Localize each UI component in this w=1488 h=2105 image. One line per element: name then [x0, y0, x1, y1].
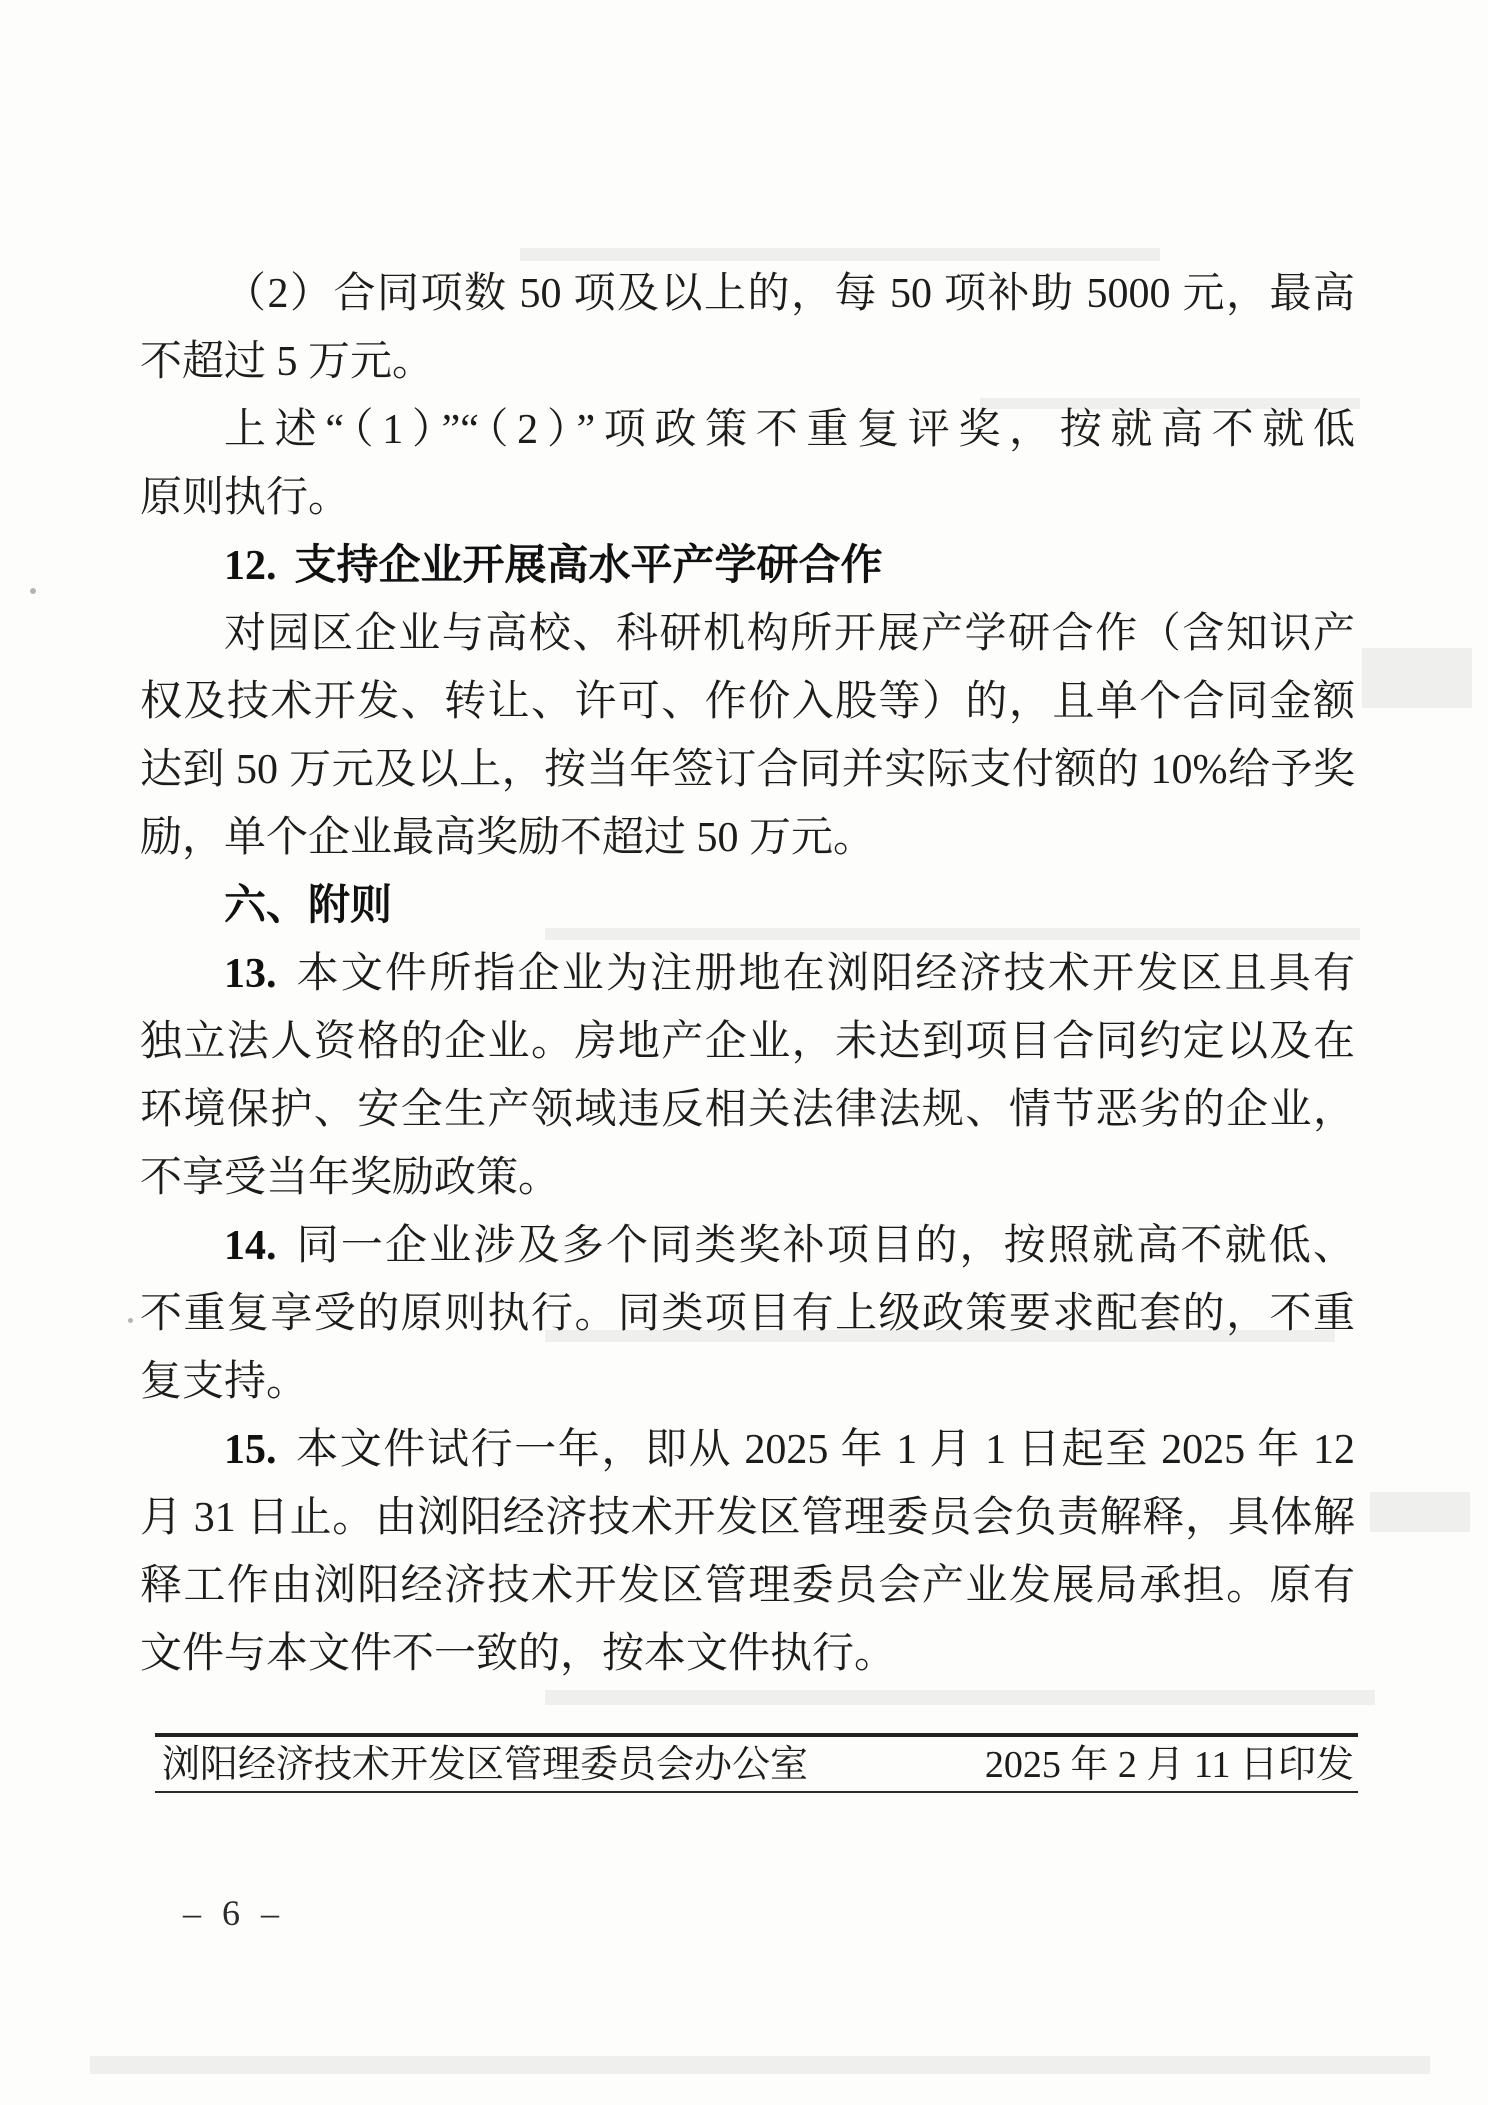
scanned-document-page: （2）合同项数 50 项及以上的，每 50 项补助 5000 元，最高 不超过 … — [0, 0, 1488, 2105]
issuing-office: 浏阳经济技术开发区管理委员会办公室 — [162, 1740, 808, 1790]
text-line: 不超过 5 万元。 — [140, 328, 1355, 396]
text-line: 不重复享受的原则执行。同类项目有上级政策要求配套的，不重 — [140, 1280, 1355, 1348]
line-text: 独立法人资格的企业。房地产企业，未达到项目合同约定以及在 — [140, 1019, 1355, 1065]
text-line: 励，单个企业最高奖励不超过 50 万元。 — [140, 804, 1355, 872]
scan-artifact — [90, 2056, 1430, 2074]
scan-artifact — [30, 588, 36, 594]
text-line: 14.同一企业涉及多个同类奖补项目的，按照就高不就低、 — [140, 1212, 1355, 1280]
line-text: 月 31 日止。由浏阳经济技术开发区管理委员会负责解释，具体解 — [140, 1495, 1355, 1541]
document-footer: 浏阳经济技术开发区管理委员会办公室 2025 年 2 月 11 日印发 — [162, 1740, 1354, 1790]
scan-artifact — [128, 1318, 133, 1323]
list-number: 15. — [224, 1427, 277, 1473]
line-text: 不重复享受的原则执行。同类项目有上级政策要求配套的，不重 — [140, 1291, 1355, 1337]
list-number: 13. — [224, 951, 277, 997]
text-line: 复支持。 — [140, 1348, 1355, 1416]
text-line: （2）合同项数 50 项及以上的，每 50 项补助 5000 元，最高 — [140, 260, 1355, 328]
line-text: 环境保护、安全生产领域违反相关法律法规、情节恶劣的企业， — [140, 1087, 1355, 1133]
footer-rule-bottom — [155, 1791, 1358, 1793]
text-line: 权及技术开发、转让、许可、作价入股等）的，且单个合同金额 — [140, 668, 1355, 736]
line-text: 文件与本文件不一致的，按本文件执行。 — [140, 1631, 896, 1677]
line-text: 权及技术开发、转让、许可、作价入股等）的，且单个合同金额 — [140, 679, 1355, 725]
line-text: 复支持。 — [140, 1359, 308, 1405]
line-text: 不超过 5 万元。 — [140, 339, 434, 385]
line-text: 本文件试行一年，即从 2025 年 1 月 1 日起至 2025 年 12 — [295, 1427, 1356, 1473]
line-text: 达到 50 万元及以上，按当年签订合同并实际支付额的 10%给予奖 — [140, 747, 1355, 793]
text-line: 不享受当年奖励政策。 — [140, 1144, 1355, 1212]
line-text: 励，单个企业最高奖励不超过 50 万元。 — [140, 815, 875, 861]
scan-artifact — [1370, 1492, 1470, 1532]
text-line: 13.本文件所指企业为注册地在浏阳经济技术开发区且具有 — [140, 940, 1355, 1008]
text-line: 释工作由浏阳经济技术开发区管理委员会产业发展局承担。原有 — [140, 1552, 1355, 1620]
line-text: 上述“（1）”“（2）”项政策不重复评奖，按就高不就低 — [224, 407, 1355, 453]
text-line: 独立法人资格的企业。房地产企业，未达到项目合同约定以及在 — [140, 1008, 1355, 1076]
text-line: 文件与本文件不一致的，按本文件执行。 — [140, 1620, 1355, 1688]
scan-artifact — [1362, 648, 1472, 708]
text-line: 上述“（1）”“（2）”项政策不重复评奖，按就高不就低 — [140, 396, 1355, 464]
line-text: 对园区企业与高校、科研机构所开展产学研合作（含知识产 — [224, 611, 1355, 657]
section-heading: 12.支持企业开展高水平产学研合作 — [140, 532, 1355, 600]
section-heading: 六、附则 — [140, 872, 1355, 940]
page-number: – 6 – — [183, 1892, 285, 1934]
line-text: 本文件所指企业为注册地在浏阳经济技术开发区且具有 — [295, 951, 1356, 997]
text-line: 月 31 日止。由浏阳经济技术开发区管理委员会负责解释，具体解 — [140, 1484, 1355, 1552]
print-date: 2025 年 2 月 11 日印发 — [985, 1740, 1354, 1790]
text-line: 对园区企业与高校、科研机构所开展产学研合作（含知识产 — [140, 600, 1355, 668]
line-text: （2）合同项数 50 项及以上的，每 50 项补助 5000 元，最高 — [224, 271, 1355, 317]
scan-artifact — [545, 1690, 1375, 1705]
text-line: 环境保护、安全生产领域违反相关法律法规、情节恶劣的企业， — [140, 1076, 1355, 1144]
list-number: 12. — [224, 543, 277, 589]
document-body: （2）合同项数 50 项及以上的，每 50 项补助 5000 元，最高 不超过 … — [140, 260, 1355, 1688]
text-line: 15.本文件试行一年，即从 2025 年 1 月 1 日起至 2025 年 12 — [140, 1416, 1355, 1484]
line-text: 不享受当年奖励政策。 — [140, 1155, 560, 1201]
line-text: 释工作由浏阳经济技术开发区管理委员会产业发展局承担。原有 — [140, 1563, 1355, 1609]
text-line: 达到 50 万元及以上，按当年签订合同并实际支付额的 10%给予奖 — [140, 736, 1355, 804]
footer-rule-top — [155, 1733, 1358, 1737]
line-text: 支持企业开展高水平产学研合作 — [295, 543, 883, 589]
text-line: 原则执行。 — [140, 464, 1355, 532]
line-text: 原则执行。 — [140, 475, 350, 521]
line-text: 六、附则 — [224, 883, 392, 929]
line-text: 同一企业涉及多个同类奖补项目的，按照就高不就低、 — [295, 1223, 1356, 1269]
list-number: 14. — [224, 1223, 277, 1269]
